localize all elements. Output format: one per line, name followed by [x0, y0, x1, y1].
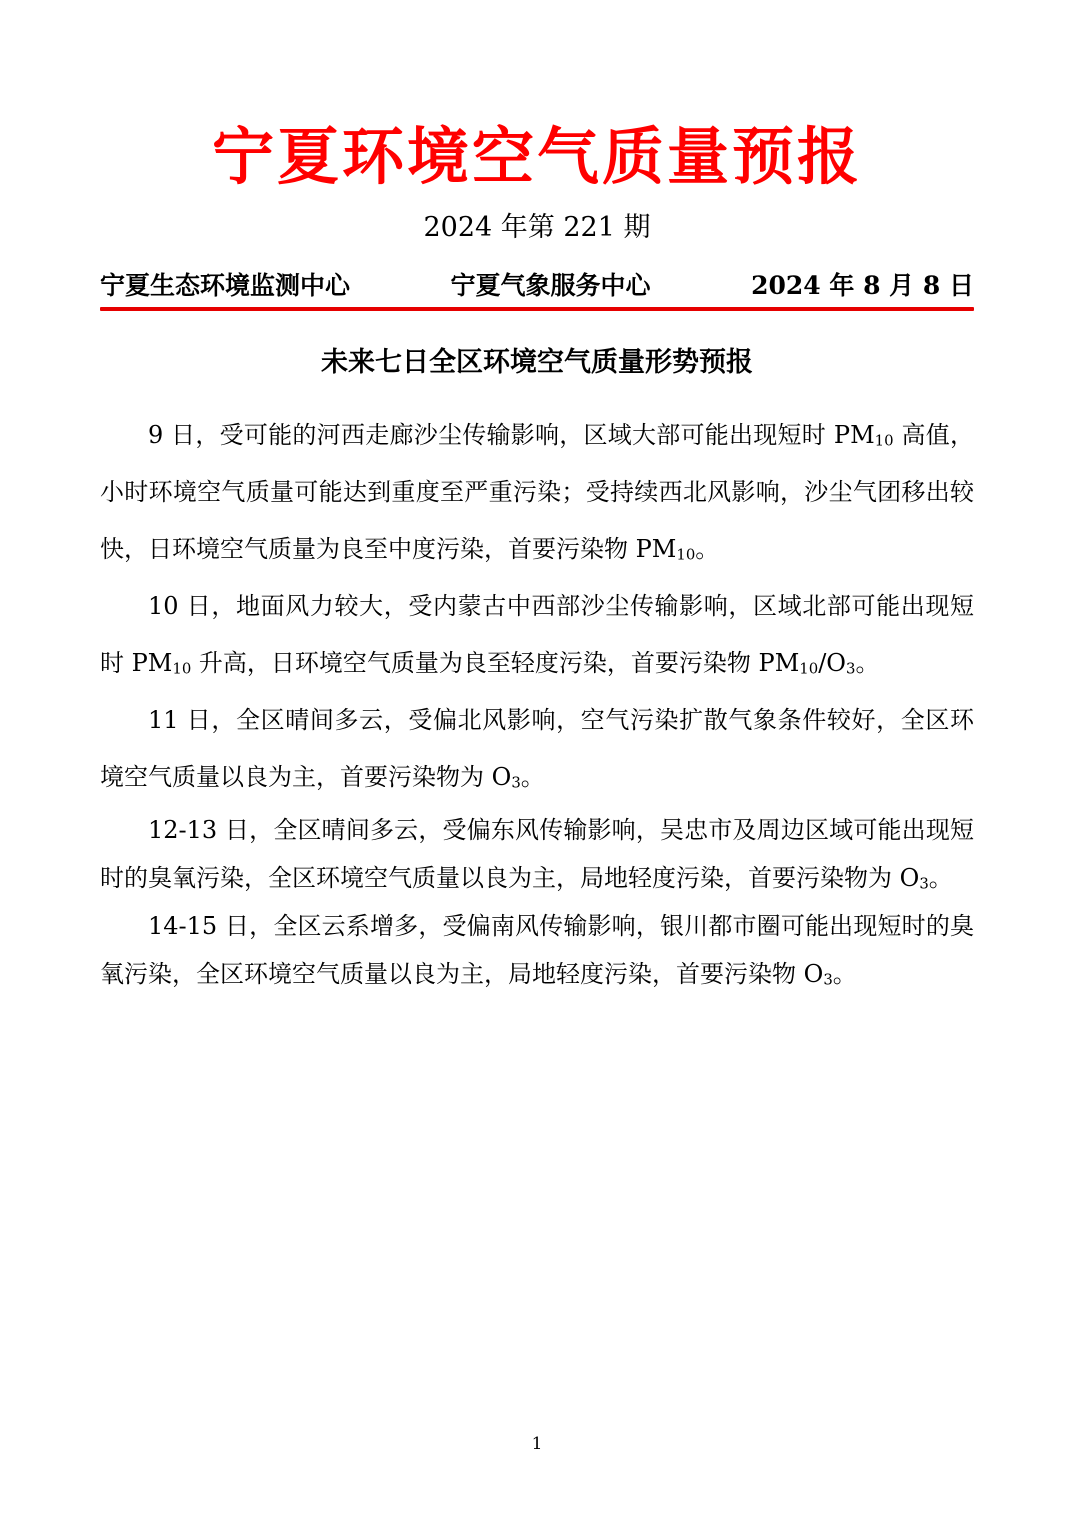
- byline-org-weather-center: 宁夏气象服务中心: [451, 271, 651, 301]
- forecast-paragraph-day10: 10 日，地面风力较大，受内蒙古中西部沙尘传输影响，区域北部可能出现短时 PM1…: [100, 578, 974, 692]
- document-page: 宁夏环境空气质量预报 2024 年第 221 期 宁夏生态环境监测中心 宁夏气象…: [0, 0, 1074, 1520]
- forecast-body: 9 日，受可能的河西走廊沙尘传输影响，区域大部可能出现短时 PM10 高值，小时…: [100, 407, 974, 998]
- header-divider-rule: [100, 307, 974, 311]
- section-heading: 未来七日全区环境空气质量形势预报: [100, 345, 974, 380]
- document-title: 宁夏环境空气质量预报: [100, 0, 974, 194]
- page-number: 1: [0, 1434, 1074, 1454]
- forecast-paragraph-day11: 11 日，全区晴间多云，受偏北风影响，空气污染扩散气象条件较好，全区环境空气质量…: [100, 692, 974, 806]
- byline: 宁夏生态环境监测中心 宁夏气象服务中心 2024 年 8 月 8 日: [100, 271, 974, 301]
- byline-issue-date: 2024 年 8 月 8 日: [751, 271, 974, 301]
- issue-number: 2024 年第 221 期: [100, 210, 974, 245]
- byline-org-monitoring-center: 宁夏生态环境监测中心: [100, 271, 350, 301]
- forecast-paragraph-day9: 9 日，受可能的河西走廊沙尘传输影响，区域大部可能出现短时 PM10 高值，小时…: [100, 407, 974, 578]
- forecast-paragraph-day14-15: 14-15 日，全区云系增多，受偏南风传输影响，银川都市圈可能出现短时的臭氧污染…: [100, 902, 974, 998]
- forecast-paragraph-day12-13: 12-13 日，全区晴间多云，受偏东风传输影响，吴忠市及周边区域可能出现短时的臭…: [100, 806, 974, 902]
